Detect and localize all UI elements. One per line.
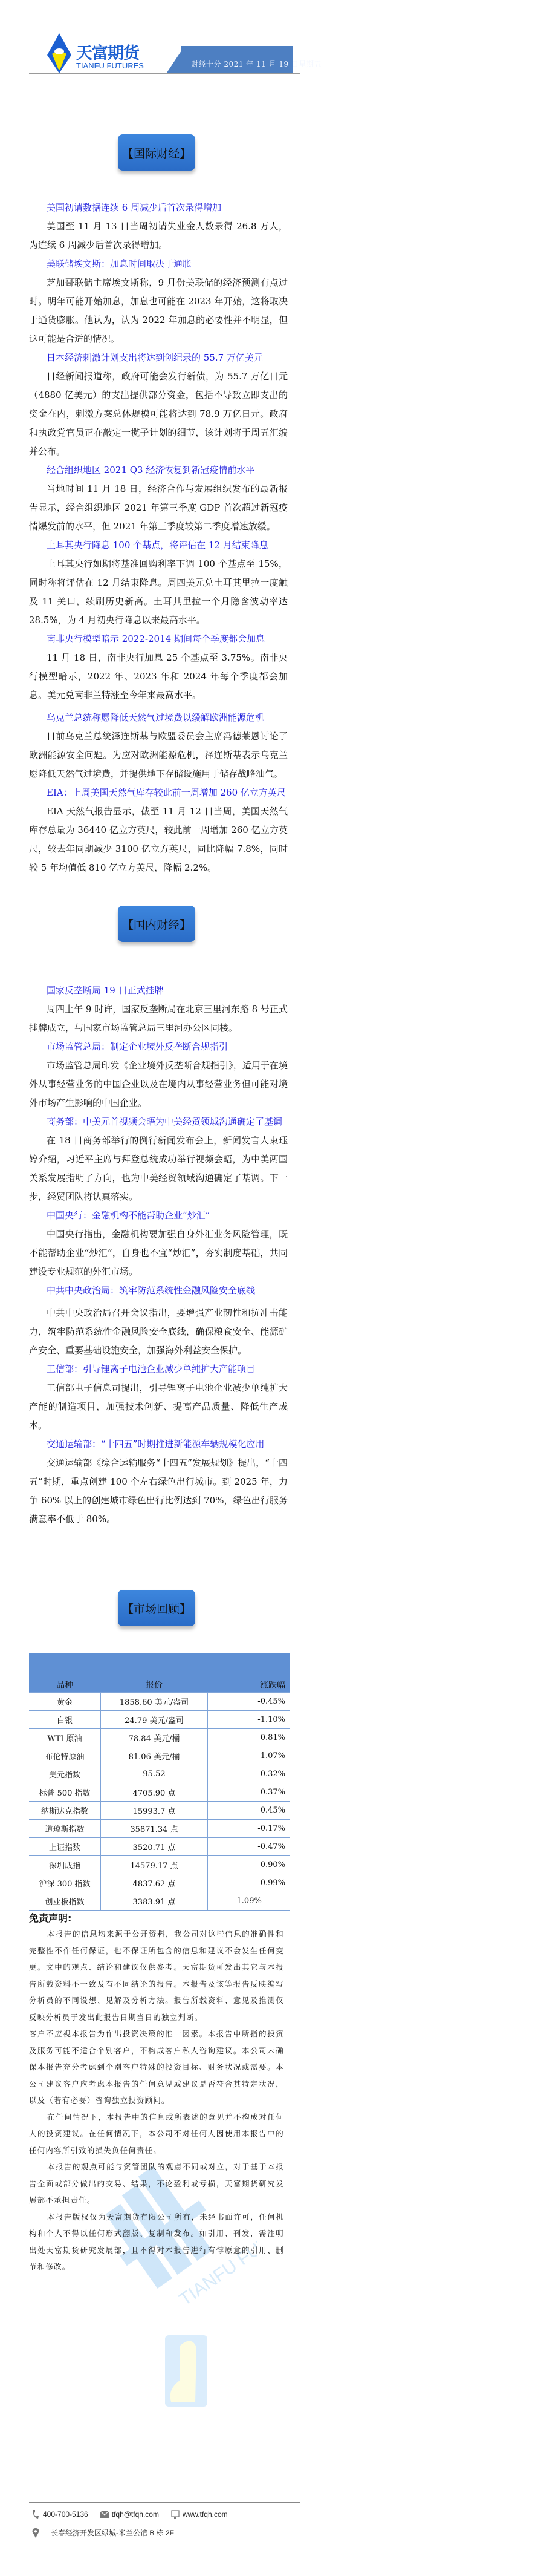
article-body: 周四上午 9 时许，国家反垄断局在北京三里河东路 8 号正式挂牌成立，与国家市场…	[29, 1000, 288, 1038]
instrument-change: 0.37%	[208, 1783, 291, 1802]
article-body: 工信部电子信息司提出，引导锂离子电池企业减少单纯扩大产能的制造项目，加强技术创新…	[29, 1379, 288, 1435]
article-body: 美国至 11 月 13 日当周初请失业金人数录得 26.8 万人，为连续 6 周…	[29, 217, 288, 255]
column-header-change: 涨跌幅	[208, 1653, 291, 1693]
instrument-change: -0.47%	[208, 1838, 291, 1856]
instrument-price: 3383.91 点	[101, 1892, 208, 1911]
table-row: 纳斯达克指数15993.7 点0.45%	[29, 1802, 290, 1820]
disclaimer-paragraph: 本报告的观点可能与资管团队的观点不同或对立，对于基于本报告全面或部分做出的交易、…	[29, 2159, 284, 2209]
instrument-price: 14579.17 点	[101, 1856, 208, 1874]
instrument-name: 创业板指数	[29, 1892, 101, 1911]
disclaimer-paragraph: 客户不应视本报告为作出投资决策的惟一因素。本报告中所指的投资及服务可能不适合个别…	[29, 2025, 284, 2109]
table-row: 白银24.79 美元/盎司-1.10%	[29, 1711, 290, 1729]
instrument-name: 标普 500 指数	[29, 1783, 101, 1802]
date-banner: 财经十分 2021 年 11 月 19 日星期五	[167, 46, 293, 73]
article-title: 经合组织地区 2021 Q3 经济恢复到新冠疫情前水平	[29, 461, 288, 480]
table-row: 创业板指数3383.91 点-1.09%	[29, 1892, 290, 1911]
table-row: 标普 500 指数4705.90 点0.37%	[29, 1783, 290, 1802]
header-divider	[29, 73, 300, 74]
table-row: 深圳成指14579.17 点-0.90%	[29, 1856, 290, 1874]
instrument-name: 布伦特原油	[29, 1747, 101, 1765]
instrument-change: -0.32%	[208, 1765, 291, 1783]
article-body: 中共中央政治局召开会议指出，要增强产业韧性和抗冲击能力，筑牢防范系统性金融风险安…	[29, 1304, 288, 1360]
article-body: 日经新闻报道称，政府可能会发行新债，为 55.7 万亿日元（4880 亿美元）的…	[29, 367, 288, 461]
article-body: 11 月 18 日，南非央行加息 25 个基点至 3.75%。南非央行模型暗示，…	[29, 649, 288, 705]
tianfu-logo-icon	[47, 33, 71, 73]
phone-icon	[31, 2509, 40, 2519]
instrument-name: WTI 原油	[29, 1729, 101, 1747]
instrument-change: -1.10%	[208, 1711, 291, 1729]
instrument-change: -0.90%	[208, 1856, 291, 1874]
instrument-price: 3520.71 点	[101, 1838, 208, 1856]
instrument-price: 15993.7 点	[101, 1802, 208, 1820]
instrument-price: 24.79 美元/盎司	[101, 1711, 208, 1729]
monitor-icon	[171, 2509, 180, 2519]
article-title: 美联储埃文斯：加息时间取决于通胀	[29, 255, 288, 273]
footer-divider	[29, 2502, 300, 2503]
instrument-change: 0.45%	[208, 1802, 291, 1820]
instrument-name: 黄金	[29, 1693, 101, 1711]
article-title: 工信部：引导锂离子电池企业减少单纯扩大产能项目	[29, 1360, 288, 1379]
instrument-price: 81.06 美元/桶	[101, 1747, 208, 1765]
article-title: 商务部：中美元首视频会晤为中美经贸领域沟通确定了基调	[29, 1113, 288, 1131]
instrument-change: -1.09%	[208, 1892, 291, 1911]
brand-name-cn: 天富期货	[76, 40, 139, 64]
article-title: 乌克兰总统称愿降低天然气过境费以缓解欧洲能源危机	[29, 708, 288, 727]
instrument-price: 4837.62 点	[101, 1874, 208, 1892]
email-address[interactable]: tfqh@tfqh.com	[112, 2510, 159, 2519]
article-body: EIA 天然气报告显示，截至 11 月 12 日当周，美国天然气库存总量为 36…	[29, 802, 288, 877]
article-body: 交通运输部《综合运输服务“十四五”发展规划》提出，“十四五”时期，重点创建 10…	[29, 1454, 288, 1529]
location-pin-icon	[31, 2528, 40, 2538]
domestic-news: 国家反垄断局 19 日正式挂牌 周四上午 9 时许，国家反垄断局在北京三里河东路…	[29, 981, 288, 1529]
instrument-name: 白银	[29, 1711, 101, 1729]
article-title: 中共中央政治局：筑牢防范系统性金融风险安全底线	[29, 1281, 288, 1300]
table-row: WTI 原油78.84 美元/桶0.81%	[29, 1729, 290, 1747]
disclaimer-paragraph: 本报告版权仅为天富期货有限公司所有，未经书面许可，任何机构和个人不得以任何形式翻…	[29, 2209, 284, 2275]
article-body: 芝加哥联储主席埃文斯称，9 月份美联储的经济预测有点过时。明年可能开始加息，加息…	[29, 273, 288, 348]
email-icon	[100, 2509, 109, 2519]
disclaimer-title: 免责声明:	[29, 1911, 284, 1924]
table-header-row: 品种 报价 涨跌幅	[29, 1653, 290, 1693]
instrument-name: 上证指数	[29, 1838, 101, 1856]
table-row: 上证指数3520.71 点-0.47%	[29, 1838, 290, 1856]
table-row: 美元指数95.52-0.32%	[29, 1765, 290, 1783]
article-body: 市场监管总局印发《企业境外反垄断合规指引》，适用于在境外从事经营业务的中国企业以…	[29, 1056, 288, 1113]
website-link[interactable]: www.tfqh.com	[183, 2510, 228, 2519]
footer-address: 长春经济开发区绿城-米兰公馆 B 栋 2F	[31, 2528, 174, 2538]
instrument-change: 1.07%	[208, 1747, 291, 1765]
article-title: 南非央行模型暗示 2022-2014 期间每个季度都会加息	[29, 630, 288, 649]
section-badge-market: 【市场回顾】	[118, 1590, 195, 1626]
article-title: 交通运输部：“十四五”时期推进新能源车辆规模化应用	[29, 1435, 288, 1454]
instrument-change: -0.45%	[208, 1693, 291, 1711]
article-title: 市场监管总局：制定企业境外反垄断合规指引	[29, 1038, 288, 1056]
disclaimer: 免责声明: 本报告的信息均来源于公开资料，我公司对这些信息的准确性和完整性不作任…	[29, 1911, 284, 2275]
instrument-name: 深圳成指	[29, 1856, 101, 1874]
article-body: 中国央行指出，金融机构要加强自身外汇业务风险管理，既不能帮助企业“炒汇”，自身也…	[29, 1225, 288, 1281]
office-address: 长春经济开发区绿城-米兰公馆 B 栋 2F	[51, 2528, 174, 2538]
footer-contacts: 400-700-5136 tfqh@tfqh.com www.tfqh.com	[31, 2509, 228, 2519]
article-title: 日本经济刺激计划支出将达到创纪录的 55.7 万亿美元	[29, 348, 288, 367]
article-title: 国家反垄断局 19 日正式挂牌	[29, 981, 288, 1000]
instrument-change: -0.17%	[208, 1820, 291, 1838]
report-date: 财经十分 2021 年 11 月 19 日星期五	[191, 59, 322, 69]
article-title: 中国央行：金融机构不能帮助企业“炒汇”	[29, 1206, 288, 1225]
instrument-price: 78.84 美元/桶	[101, 1729, 208, 1747]
section-badge-domestic: 【国内财经】	[118, 906, 195, 942]
article-title: 土耳其央行降息 100 个基点，将评估在 12 月结束降息	[29, 536, 288, 555]
table-row: 黄金1858.60 美元/盎司-0.45%	[29, 1693, 290, 1711]
instrument-price: 1858.60 美元/盎司	[101, 1693, 208, 1711]
instrument-name: 沪深 300 指数	[29, 1874, 101, 1892]
table-row: 沪深 300 指数4837.62 点-0.99%	[29, 1874, 290, 1892]
article-body: 当地时间 11 月 18 日，经济合作与发展组织发布的最新报告显示，经合组织地区…	[29, 480, 288, 536]
instrument-change: 0.81%	[208, 1729, 291, 1747]
table-row: 道琼斯指数35871.34 点-0.17%	[29, 1820, 290, 1838]
instrument-name: 道琼斯指数	[29, 1820, 101, 1838]
instrument-change: -0.99%	[208, 1874, 291, 1892]
article-body: 在 18 日商务部举行的例行新闻发布会上，新闻发言人束珏婷介绍，习近平主席与拜登…	[29, 1131, 288, 1206]
phone-number: 400-700-5136	[43, 2510, 88, 2519]
article-title: 美国初请数据连续 6 周减少后首次录得增加	[29, 198, 288, 217]
market-review-table: 品种 报价 涨跌幅 黄金1858.60 美元/盎司-0.45% 白银24.79 …	[29, 1653, 290, 1911]
column-header-price: 报价	[101, 1653, 208, 1693]
article-body: 土耳其央行如期将基准回购利率下调 100 个基点至 15%，同时称将评估在 12…	[29, 555, 288, 630]
international-news: 美国初请数据连续 6 周减少后首次录得增加 美国至 11 月 13 日当周初请失…	[29, 198, 288, 877]
disclaimer-paragraph: 在任何情况下，本报告中的信息或所表述的意见并不构成对任何人的投资建议。在任何情况…	[29, 2109, 284, 2159]
table-row: 布伦特原油81.06 美元/桶1.07%	[29, 1747, 290, 1765]
instrument-name: 纳斯达克指数	[29, 1802, 101, 1820]
instrument-price: 95.52	[101, 1765, 208, 1783]
instrument-price: 35871.34 点	[101, 1820, 208, 1838]
section-badge-international: 【国际财经】	[118, 134, 195, 171]
instrument-name: 美元指数	[29, 1765, 101, 1783]
report-header: 天富期货 TIANFU FUTURES 财经十分 2021 年 11 月 19 …	[0, 0, 544, 79]
disclaimer-paragraph: 本报告的信息均来源于公开资料，我公司对这些信息的准确性和完整性不作任何保证，也不…	[29, 1926, 284, 2025]
brand-name-en: TIANFU FUTURES	[76, 61, 144, 70]
article-body: 日前乌克兰总统泽连斯基与欧盟委员会主席冯德莱恩讨论了欧洲能源安全问题。为应对欧洲…	[29, 727, 288, 783]
instrument-price: 4705.90 点	[101, 1783, 208, 1802]
column-header-instrument: 品种	[29, 1653, 101, 1693]
article-title: EIA：上周美国天然气库存较此前一周增加 260 亿立方英尺	[29, 783, 288, 802]
